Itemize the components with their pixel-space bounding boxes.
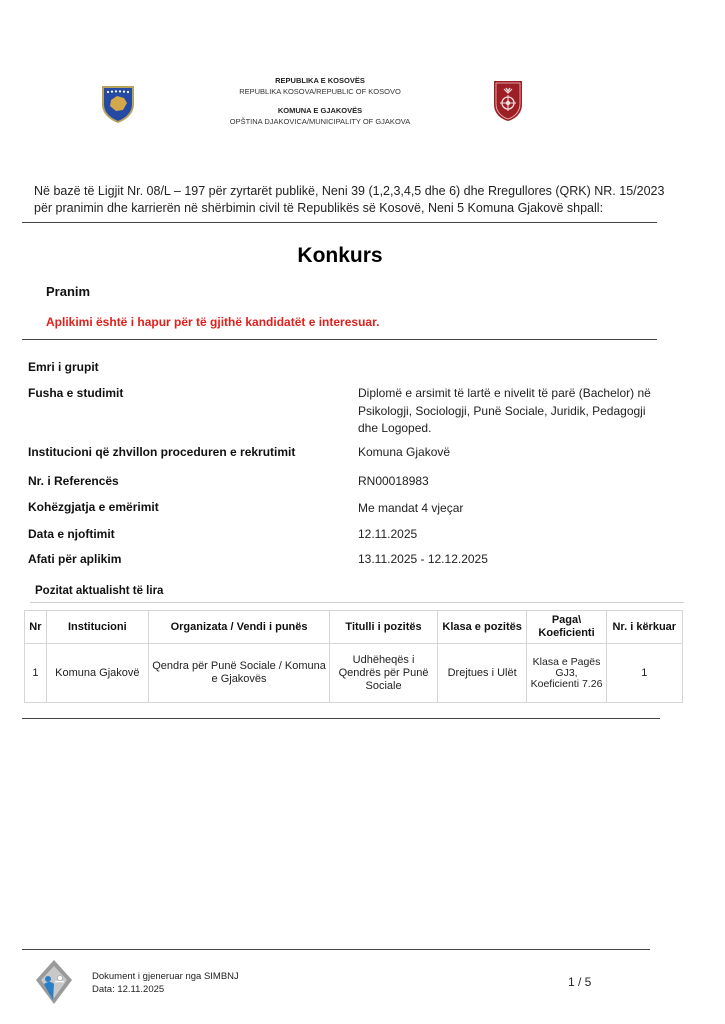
divider xyxy=(22,339,657,340)
field-label-reference: Nr. i Referencës xyxy=(28,474,119,488)
field-value-reference: RN00018983 xyxy=(358,473,668,491)
field-label-duration: Kohëzgjatja e emërimit xyxy=(28,500,159,514)
column-header: Nr xyxy=(25,611,47,644)
field-value-notice-date: 12.11.2025 xyxy=(358,526,668,544)
gjakova-municipality-emblem-icon xyxy=(493,80,523,122)
header-municipality: KOMUNA E GJAKOVËS xyxy=(0,105,640,116)
table-cell-salary: Klasa e Pagës GJ3, Koeficienti 7.26 xyxy=(527,644,606,703)
field-label-notice-date: Data e njoftimit xyxy=(28,527,115,541)
column-header: Klasa e pozitës xyxy=(437,611,527,644)
application-notice: Aplikimi është i hapur për të gjithë kan… xyxy=(46,315,379,329)
document-header: REPUBLIKA E KOSOVËS REPUBLIKA KOSOVA/REP… xyxy=(0,72,725,142)
page-number: 1 / 5 xyxy=(568,975,591,989)
section-divider xyxy=(30,602,684,603)
generated-by: Dokument i gjeneruar nga SIMBNJ xyxy=(92,970,239,983)
table-cell-institution: Komuna Gjakovë xyxy=(46,644,148,703)
field-value-deadline: 13.11.2025 - 12.12.2025 xyxy=(358,551,668,569)
header-republic: REPUBLIKA E KOSOVËS xyxy=(0,75,640,86)
table-cell-nr: 1 xyxy=(25,644,47,703)
footer-divider xyxy=(22,949,650,950)
field-label-study-field: Fusha e studimit xyxy=(28,386,123,400)
table-row: 1 Komuna Gjakovë Qendra për Punë Sociale… xyxy=(25,644,683,703)
column-header: Nr. i kërkuar xyxy=(606,611,682,644)
field-value-duration: Me mandat 4 vjeçar xyxy=(358,500,668,518)
header-republic-translations: REPUBLIKA KOSOVA/REPUBLIC OF KOSOVO xyxy=(0,86,640,97)
field-label-institution: Institucioni që zhvillon proceduren e re… xyxy=(28,445,295,459)
field-value-institution: Komuna Gjakovë xyxy=(358,444,668,462)
table-header-row: Nr Institucioni Organizata / Vendi i pun… xyxy=(25,611,683,644)
generated-date: Data: 12.11.2025 xyxy=(92,983,239,996)
positions-section-title: Pozitat aktualisht të lira xyxy=(35,585,163,597)
column-header: Paga\ Koeficienti xyxy=(527,611,606,644)
field-value-study-field: Diplomë e arsimit të lartë e nivelit të … xyxy=(358,385,668,438)
header-municipality-translations: OPŠTINA DJAKOVICA/MUNICIPALITY OF GJAKOV… xyxy=(0,116,640,127)
column-header: Titulli i pozitës xyxy=(330,611,438,644)
column-header: Organizata / Vendi i punës xyxy=(148,611,329,644)
competition-type: Pranim xyxy=(46,284,90,299)
column-header: Institucioni xyxy=(46,611,148,644)
simbnj-logo-icon xyxy=(36,960,72,1004)
table-cell-position-class: Drejtues i Ulët xyxy=(437,644,527,703)
table-cell-position-title: Udhëheqës i Qendrës për Punë Sociale xyxy=(330,644,438,703)
header-text: REPUBLIKA E KOSOVËS REPUBLIKA KOSOVA/REP… xyxy=(0,75,640,127)
divider xyxy=(22,222,657,223)
table-cell-required-count: 1 xyxy=(606,644,682,703)
table-cell-organization: Qendra për Punë Sociale / Komuna e Gjako… xyxy=(148,644,329,703)
divider xyxy=(22,718,660,719)
positions-table: Nr Institucioni Organizata / Vendi i pun… xyxy=(24,610,683,703)
legal-basis-text: Në bazë të Ligjit Nr. 08/L – 197 për zyr… xyxy=(34,183,674,217)
footer-text: Dokument i gjeneruar nga SIMBNJ Data: 12… xyxy=(92,970,239,996)
field-label-group-name: Emri i grupit xyxy=(28,360,99,374)
field-label-deadline: Afati për aplikim xyxy=(28,552,121,566)
page-title: Konkurs xyxy=(0,244,680,268)
